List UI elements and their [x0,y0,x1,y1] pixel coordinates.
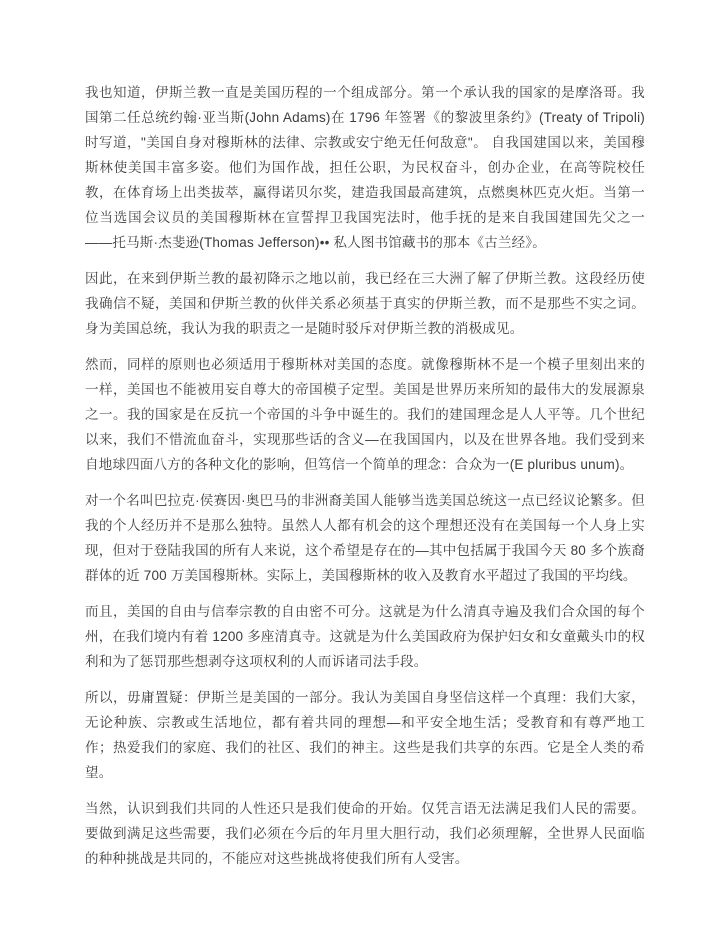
document-content: 我也知道，伊斯兰教一直是美国历程的一个组成部分。第一个承认我的国家的是摩洛哥。我… [85,80,645,882]
paragraph: 当然，认识到我们共同的人性还只是我们使命的开始。仅凭言语无法满足我们人民的需要。… [85,796,645,871]
paragraph: 所以，毋庸置疑：伊斯兰是美国的一部分。我认为美国自身坚信这样一个真理：我们大家，… [85,685,645,785]
paragraph: 对一个名叫巴拉克·侯赛因·奥巴马的非洲裔美国人能够当选美国总统这一点已经议论繁多… [85,488,645,588]
paragraph: 而且，美国的自由与信奉宗教的自由密不可分。这就是为什么清真寺遍及我们合众国的每个… [85,599,645,674]
document-page: 我也知道，伊斯兰教一直是美国历程的一个组成部分。第一个承认我的国家的是摩洛哥。我… [0,0,728,943]
paragraph: 我也知道，伊斯兰教一直是美国历程的一个组成部分。第一个承认我的国家的是摩洛哥。我… [85,80,645,255]
paragraph: 因此，在来到伊斯兰教的最初降示之地以前，我已经在三大洲了解了伊斯兰教。这段经历使… [85,266,645,341]
paragraph: 然而，同样的原则也必须适用于穆斯林对美国的态度。就像穆斯林不是一个模子里刻出来的… [85,352,645,477]
